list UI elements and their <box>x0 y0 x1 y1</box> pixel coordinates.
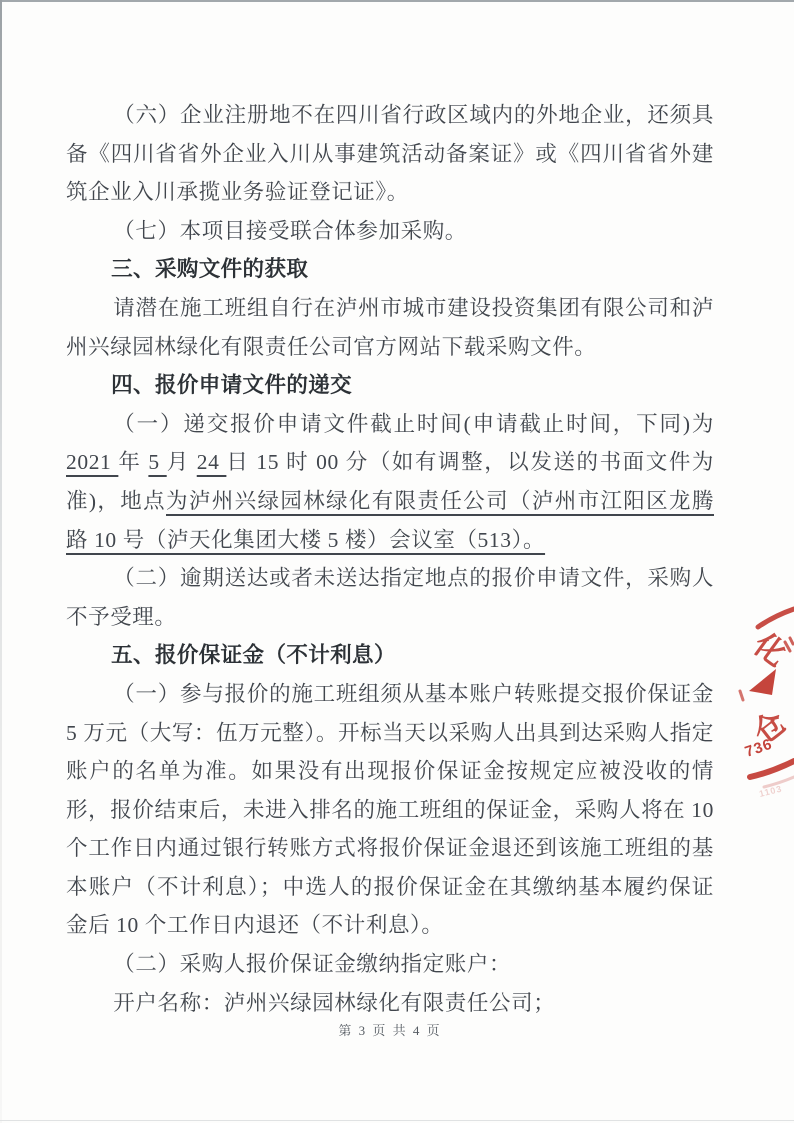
deadline-year-value: 2021 <box>66 450 118 474</box>
section-heading-three: 三、采购文件的获取 <box>66 250 714 289</box>
seal-ink-tick <box>740 691 743 700</box>
scan-edge-left <box>0 0 2 1123</box>
seal-faint-number: 1103 <box>758 784 783 799</box>
seal-character-top: 化 <box>747 626 793 673</box>
paragraph-deposit-rules: （一）参与报价的施工班组须从基本账户转账提交报价保证金 5 万元（大写：伍万元整… <box>66 675 714 945</box>
document-body: （六）企业注册地不在四川省行政区域内的外地企业，还须具备《四川省省外企业入川从事… <box>66 96 714 1022</box>
scan-edge-top <box>0 0 794 2</box>
paragraph-account-name: 开户名称：泸州兴绿园林绿化有限责任公司； <box>66 984 714 1023</box>
paragraph-late-delivery: （二）逾期送达或者未送达指定地点的报价申请文件，采购人不予受理。 <box>66 559 714 636</box>
section-heading-five: 五、报价保证金（不计利息） <box>66 636 714 675</box>
scanned-document-page: { "document": { "p_six": "（六）企业注册地不在四川省行… <box>0 0 794 1123</box>
deadline-text: 年 <box>118 450 148 474</box>
page-footer: 第 3 页 共 4 页 <box>66 1020 714 1039</box>
paragraph-submission-deadline: （一）递交报价申请文件截止时间(申请截止时间，下同)为 2021 年 5 月 2… <box>66 405 714 559</box>
deadline-month-value: 5 <box>148 450 166 474</box>
official-seal-icon: 化 仓 736 1103 <box>734 594 794 806</box>
seal-bottom-arc <box>750 761 794 777</box>
deadline-day-value: 24 <box>197 450 227 474</box>
page-number-label: 第 3 页 共 4 页 <box>338 1023 441 1038</box>
seal-number: 736 <box>743 736 775 761</box>
deadline-text: （一）递交报价申请文件截止时间(申请截止时间，下同)为 <box>113 412 714 436</box>
paragraph-obtain-documents: 请潜在施工班组自行在泸州市城市建设投资集团有限公司和泸州兴绿园林绿化有限责任公司… <box>66 289 714 366</box>
official-seal-fragment: 化 仓 736 1103 <box>734 594 794 806</box>
seal-star-point <box>749 669 776 695</box>
seal-bottom-arc-echo <box>764 777 794 787</box>
seal-top-arc <box>758 609 794 627</box>
paragraph-item-six: （六）企业注册地不在四川省行政区域内的外地企业，还须具备《四川省省外企业入川从事… <box>66 96 714 212</box>
paragraph-item-seven: （七）本项目接受联合体参加采购。 <box>66 212 714 251</box>
scan-edge-bottom <box>0 1120 794 1121</box>
deadline-text: 月 <box>167 450 197 474</box>
seal-character-fragment <box>785 638 793 651</box>
section-heading-four: 四、报价申请文件的递交 <box>66 366 714 405</box>
paragraph-account-heading: （二）采购人报价保证金缴纳指定账户： <box>66 945 714 984</box>
seal-character-bottom: 仓 <box>747 704 793 751</box>
